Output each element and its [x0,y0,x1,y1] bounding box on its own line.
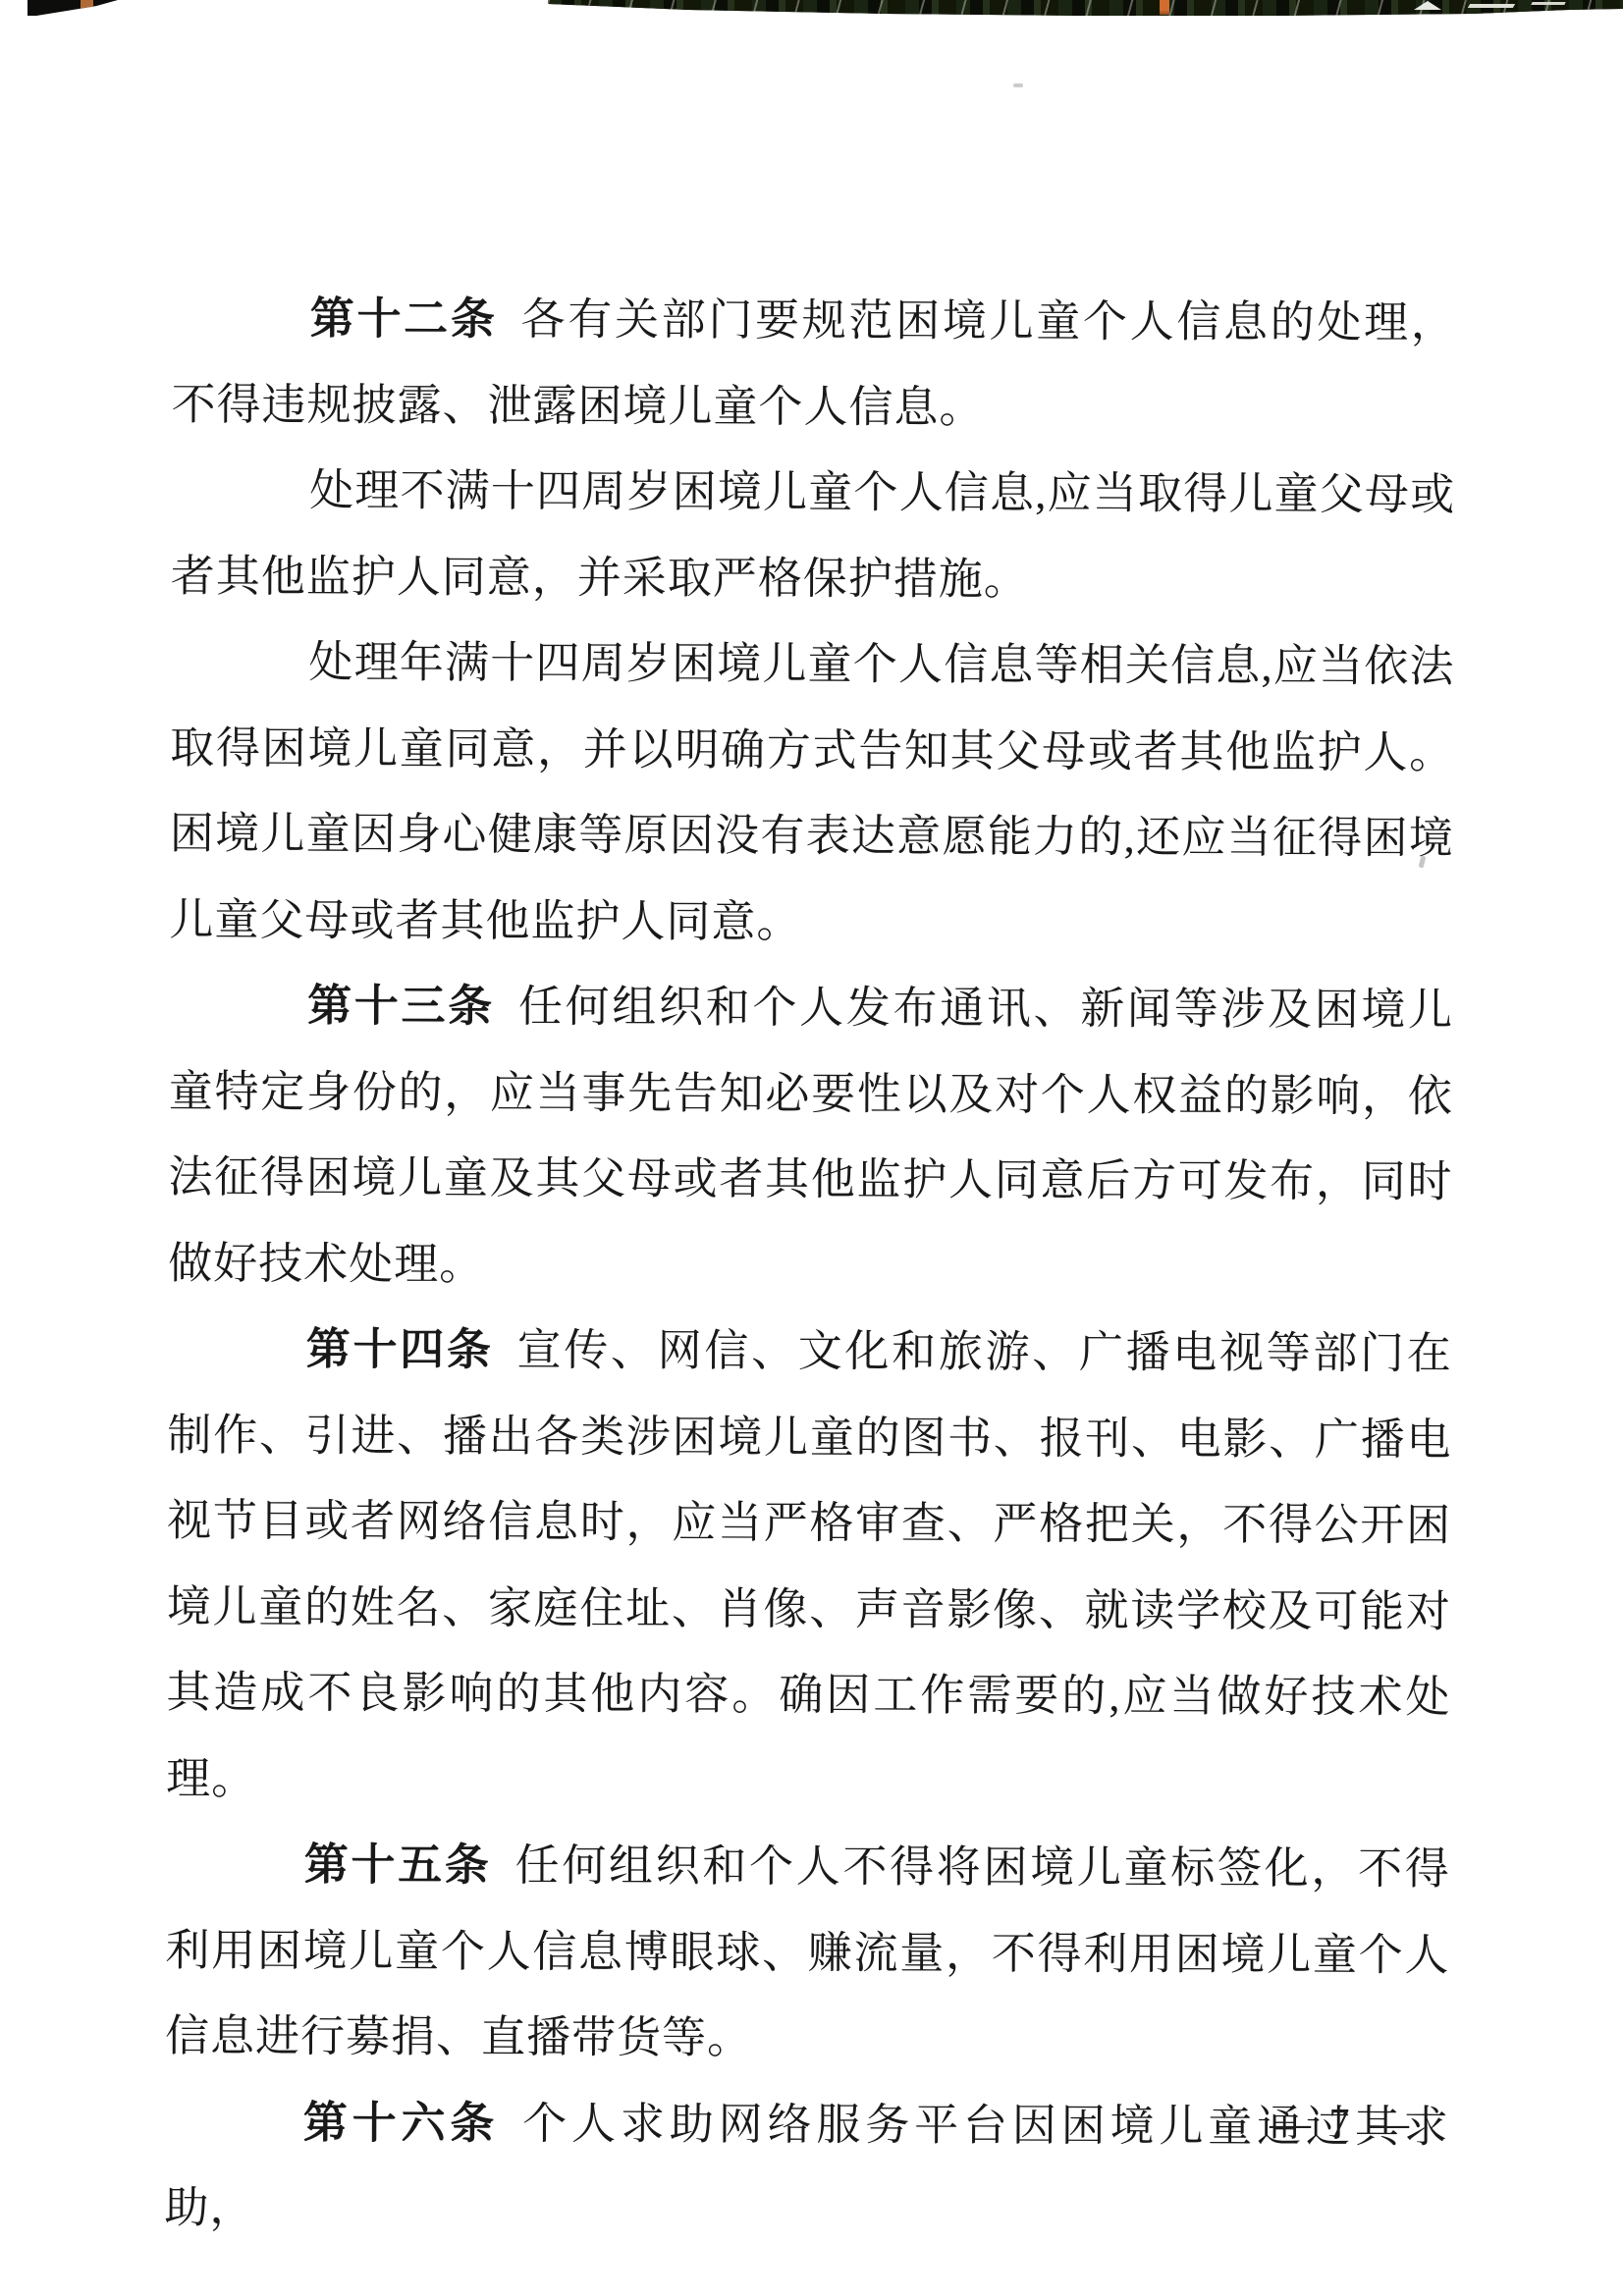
article-number: 第十六条 [303,2098,500,2148]
paragraph: 处理不满十四周岁困境儿童个人信息,应当取得儿童父母或者其他监护人同意，并采取严格… [171,448,1456,624]
photo-white-mark [1531,2,1565,5]
photo-orange-pole [1160,0,1169,15]
scan-speck [1013,83,1023,87]
paragraph: 第十六条个人求助网络服务平台因困境儿童通过其求助， [164,2079,1449,2256]
paragraph: 处理年满十四周岁困境儿童个人信息等相关信息,应当依法取得困境儿童同意，并以明确方… [169,619,1454,968]
paragraph-text: 宣传、网信、文化和旅游、广播电视等部门在制作、引进、播出各类涉困境儿童的图书、报… [166,1325,1452,1802]
paragraph-text: 处理不满十四周岁困境儿童个人信息,应当取得儿童父母或者其他监护人同意，并采取严格… [171,466,1456,604]
document-body: 第十二条各有关部门要规范困境儿童个人信息的处理，不得违规披露、泄露困境儿童个人信… [164,276,1456,2257]
paragraph: 第十五条任何组织和个人不得将困境儿童标签化，不得利用困境儿童个人信息博眼球、赚流… [165,1822,1450,2085]
paragraph: 第十四条宣传、网信、文化和旅游、广播电视等部门在制作、引进、播出各类涉困境儿童的… [166,1307,1452,1827]
paragraph: 第十三条任何组织和个人发布通讯、新闻等涉及困境儿童特定身份的，应当事先告知必要性… [168,963,1453,1311]
article-number: 第十二条 [310,294,498,345]
article-number: 第十五条 [304,1841,492,1891]
article-number: 第十三条 [307,982,495,1032]
scanned-photo-edge [0,0,1623,49]
article-number: 第十四条 [306,1325,494,1375]
page-number: — 7 — [1270,2101,1413,2148]
paragraph: 第十二条各有关部门要规范困境儿童个人信息的处理，不得违规披露、泄露困境儿童个人信… [171,276,1456,453]
photo-orange-detail-icon [81,0,93,10]
photo-fragment-main [548,0,1623,17]
photo-white-mark [1414,1,1441,10]
photo-white-mark [1468,4,1515,8]
photo-fragment-left [27,0,118,16]
paragraph-text: 处理年满十四周岁困境儿童个人信息等相关信息,应当依法取得困境儿童同意，并以明确方… [169,638,1454,946]
